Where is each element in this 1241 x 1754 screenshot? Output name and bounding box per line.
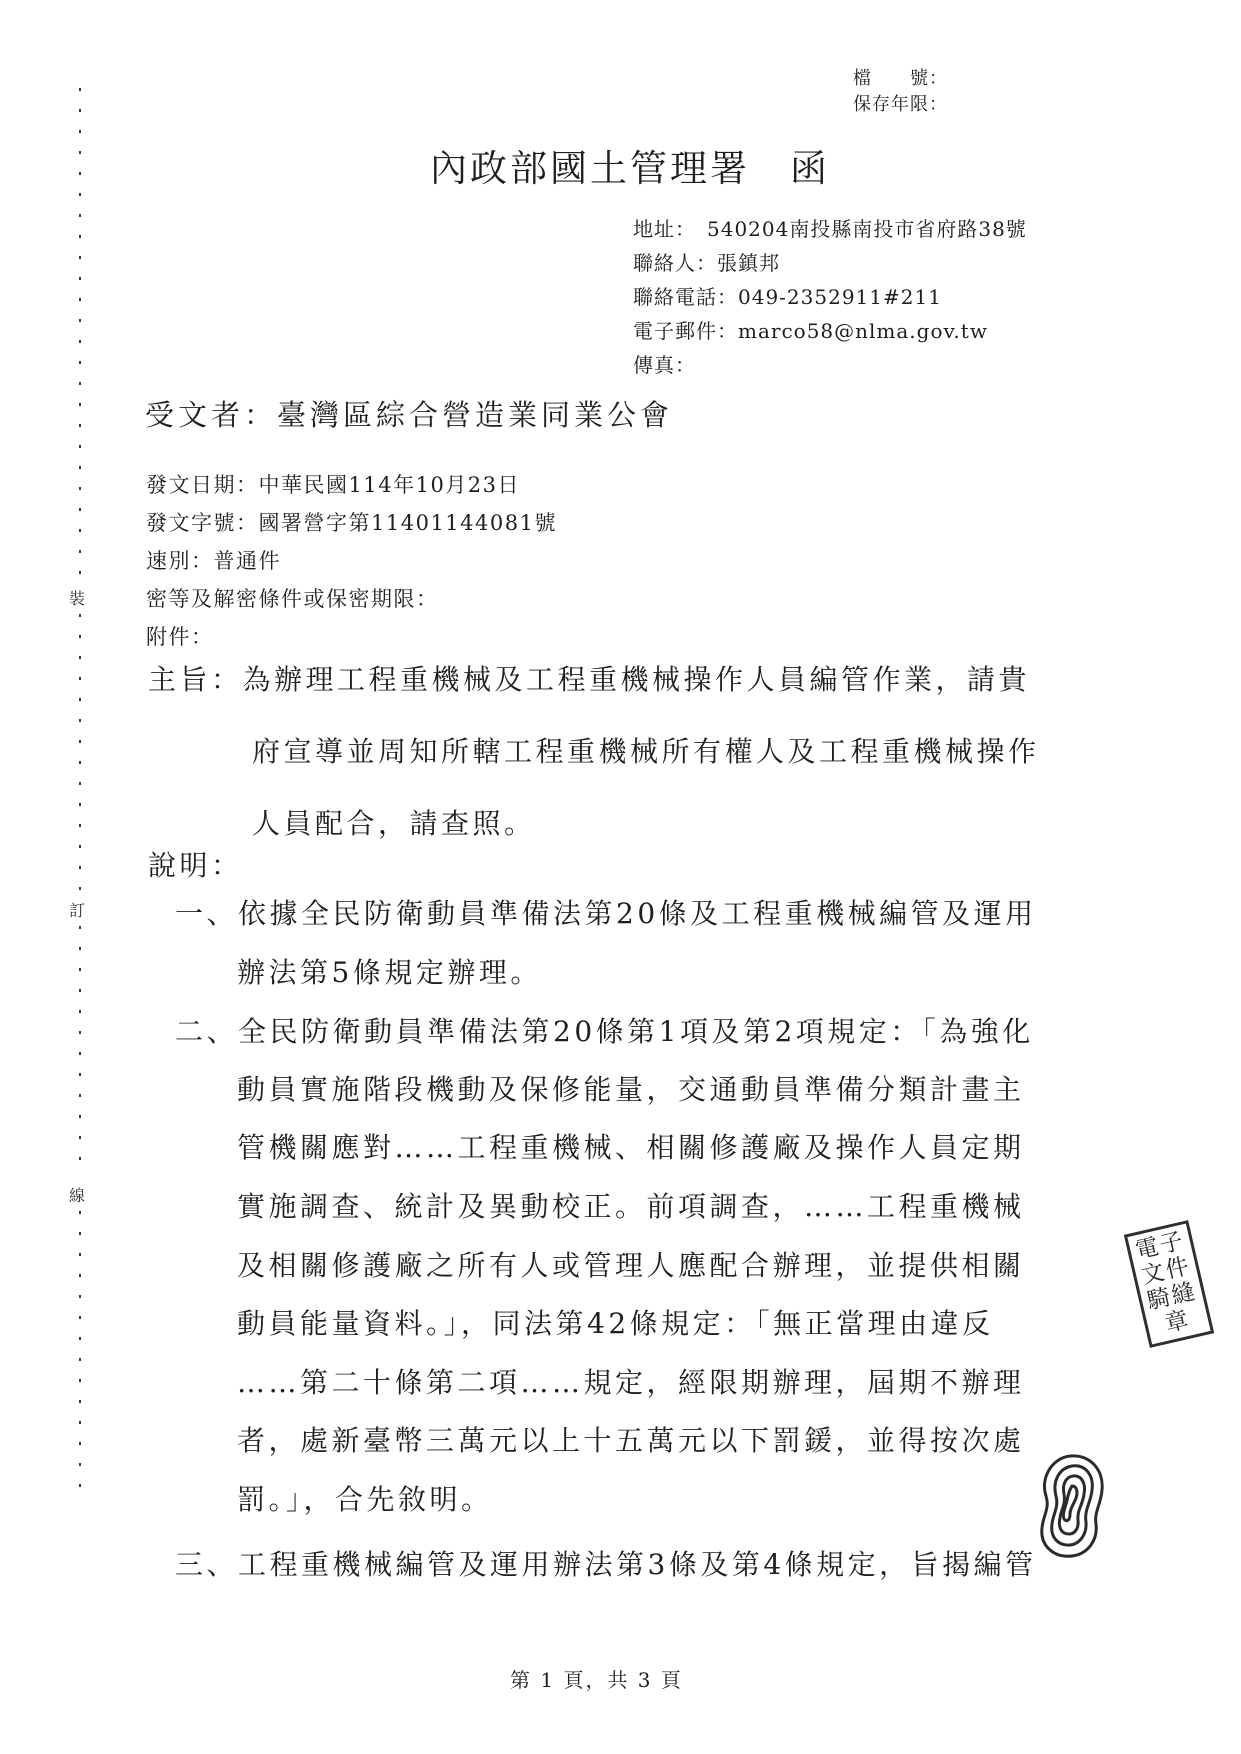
- binding-mark-xian: 線: [69, 1183, 85, 1206]
- explanation-item-line: 罰。」，合先敘明。: [237, 1486, 493, 1514]
- sender-contact-block: 地址： 540204南投縣南投市省府路38號 聯絡人：張鎮邦 聯絡電話：049-…: [633, 212, 1027, 382]
- binding-mark-ding: 訂: [69, 898, 85, 921]
- explanation-item-line: 二、全民防衛動員準備法第20條第1項及第2項規定：「為強化: [175, 1018, 1034, 1046]
- doc-number: 發文字號：國署營字第11401144081號: [146, 504, 557, 542]
- explanation-item-line: ……第二十條第二項……規定，經限期辦理，屆期不辦理: [237, 1369, 1025, 1397]
- document-title: 內政部國土管理署 函: [430, 150, 830, 187]
- sender-fax: 傳真：: [633, 348, 1027, 382]
- attachment-label: 附件：: [146, 618, 557, 656]
- electronic-exchange-stamp: 電子 文件 騎縫 章: [1124, 1220, 1214, 1348]
- explanation-item-line: 管機關應對……工程重機械、相關修護廠及操作人員定期: [237, 1134, 1025, 1162]
- binding-mark-zhuang: 裝: [69, 586, 85, 609]
- sender-email: 電子郵件：marco58@nlma.gov.tw: [633, 314, 1027, 348]
- binding-dotted-line: [79, 614, 81, 890]
- sender-phone: 聯絡電話：049-2352911#211: [633, 280, 1027, 314]
- subject-line: 府宣導並周知所轄工程重機械所有權人及工程重機械操作: [252, 738, 1040, 766]
- explanation-item-line: 一、依據全民防衛動員準備法第20條及工程重機械編管及運用: [175, 900, 1037, 928]
- issue-date: 發文日期：中華民國114年10月23日: [146, 466, 557, 504]
- file-no-label: 檔 號：: [853, 66, 948, 92]
- explanation-item-line: 辦法第5條規定辦理。: [237, 959, 542, 987]
- sender-contact-person: 聯絡人：張鎮邦: [633, 246, 1027, 280]
- explanation-item-line: 三、工程重機械編管及運用辦法第3條及第4條規定，旨揭編管: [175, 1551, 1037, 1579]
- speed-class: 速別：普通件: [146, 542, 557, 580]
- binding-dotted-line: [79, 926, 81, 1176]
- sender-address: 地址： 540204南投縣南投市省府路38號: [633, 212, 1027, 246]
- explanation-item-line: 者，處新臺幣三萬元以上十五萬元以下罰鍰，並得按次處: [237, 1427, 1025, 1455]
- doc-info-block: 發文日期：中華民國114年10月23日 發文字號：國署營字第1140114408…: [146, 466, 557, 656]
- subject-line: 主旨：為辦理工程重機械及工程重機械操作人員編管作業，請貴: [148, 666, 1030, 694]
- file-header-block: 檔 號： 保存年限：: [853, 66, 948, 118]
- page-number-footer: 第 1 頁，共 3 頁: [510, 1670, 683, 1690]
- binding-dotted-line: [79, 1211, 81, 1505]
- explanation-item-line: 及相關修護廠之所有人或管理人應配合辦理，並提供相關: [237, 1252, 1025, 1280]
- security-class: 密等及解密條件或保密期限：: [146, 580, 557, 618]
- explanation-item-line: 動員能量資料。」，同法第42條規定：「無正當理由違反: [237, 1310, 994, 1338]
- explanation-item-line: 實施調查、統計及異動校正。前項調查，……工程重機械: [237, 1193, 1025, 1221]
- explanation-label: 說明：: [148, 852, 243, 880]
- explanation-item-line: 動員實施階段機動及保修能量，交通動員準備分類計畫主: [237, 1076, 1025, 1104]
- recipient-line: 受文者：臺灣區綜合營造業同業公會: [145, 401, 673, 430]
- seal-scribble-icon: [1032, 1452, 1110, 1560]
- official-letter-page: 檔 號： 保存年限： 內政部國土管理署 函 地址： 540204南投縣南投市省府…: [0, 0, 1241, 1754]
- binding-dotted-line: [79, 88, 81, 578]
- retention-label: 保存年限：: [853, 92, 948, 118]
- subject-line: 人員配合，請查照。: [252, 810, 536, 838]
